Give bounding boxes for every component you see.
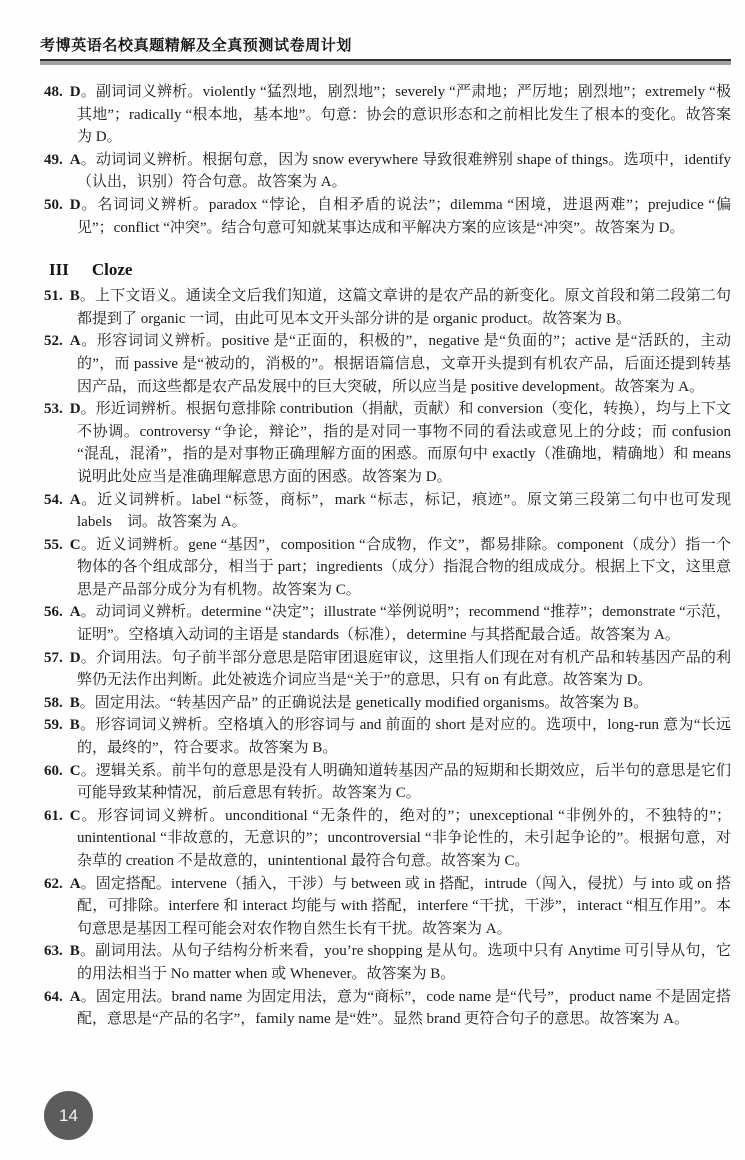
section-title: Cloze bbox=[92, 260, 133, 279]
item-number: 61. bbox=[44, 808, 63, 824]
answer-item: 61.C。形容词词义辨析。unconditional “无条件的，绝对的”；un… bbox=[44, 805, 731, 873]
item-answer-letter: D bbox=[70, 650, 81, 666]
item-answer-letter: B bbox=[70, 695, 80, 711]
item-explanation: 。动词词义辨析。determine “决定”；illustrate “举例说明”… bbox=[77, 604, 731, 643]
item-number: 48. bbox=[44, 84, 63, 100]
item-answer-letter: C bbox=[70, 763, 81, 779]
answer-item: 54.A。近义词辨析。label “标签，商标”，mark “标志，标记，痕迹”… bbox=[44, 489, 731, 534]
item-explanation: 。形容词词义辨析。positive 是“正面的，积极的”，negative 是“… bbox=[77, 333, 731, 394]
section-heading: IIICloze bbox=[49, 260, 731, 280]
item-explanation: 。名词词义辨析。paradox “悖论，自相矛盾的说法”；dilemma “困境… bbox=[77, 197, 731, 236]
item-number: 56. bbox=[44, 604, 63, 620]
item-answer-letter: D bbox=[70, 197, 81, 213]
item-answer-letter: C bbox=[70, 537, 81, 553]
page-header: 考博英语名校真题精解及全真预测试卷周计划 bbox=[40, 34, 731, 65]
item-answer-letter: A bbox=[70, 989, 81, 1005]
answer-item: 63.B。副词用法。从句子结构分析来看，you’re shopping 是从句。… bbox=[44, 940, 731, 985]
item-explanation: 。近义词辨析。label “标签，商标”，mark “标志，标记，痕迹”。原文第… bbox=[77, 492, 731, 531]
item-number: 63. bbox=[44, 943, 63, 959]
item-number: 50. bbox=[44, 197, 63, 213]
item-answer-letter: D bbox=[70, 401, 81, 417]
item-answer-letter: B bbox=[70, 717, 80, 733]
item-answer-letter: A bbox=[70, 876, 81, 892]
item-number: 60. bbox=[44, 763, 63, 779]
item-explanation: 。固定用法。brand name 为固定用法，意为“商标”，code name … bbox=[77, 989, 731, 1028]
answer-item: 64.A。固定用法。brand name 为固定用法，意为“商标”，code n… bbox=[44, 986, 731, 1031]
answer-item: 50.D。名词词义辨析。paradox “悖论，自相矛盾的说法”；dilemma… bbox=[44, 194, 731, 239]
item-answer-letter: A bbox=[70, 333, 81, 349]
item-number: 54. bbox=[44, 492, 63, 508]
item-explanation: 。形容词词义辨析。unconditional “无条件的，绝对的”；unexce… bbox=[77, 808, 731, 869]
answer-item: 57.D。介词用法。句子前半部分意思是陪审团退庭审议，这里指人们现在对有机产品和… bbox=[44, 647, 731, 692]
page-number-badge: 14 bbox=[44, 1091, 93, 1140]
item-explanation: 。介词用法。句子前半部分意思是陪审团退庭审议，这里指人们现在对有机产品和转基因产… bbox=[77, 650, 731, 689]
item-number: 57. bbox=[44, 650, 63, 666]
item-number: 52. bbox=[44, 333, 63, 349]
header-rule bbox=[40, 59, 731, 65]
answer-item: 48.D。副词词义辨析。violently “猛烈地，剧烈地”；severely… bbox=[44, 81, 731, 149]
answer-item: 62.A。固定搭配。intervene（插入，干涉）与 between 或 in… bbox=[44, 873, 731, 941]
item-explanation: 。上下文语义。通读全文后我们知道，这篇文章讲的是农产品的新变化。原文首段和第二段… bbox=[77, 288, 731, 327]
item-answer-letter: C bbox=[70, 808, 81, 824]
item-answer-letter: A bbox=[70, 152, 81, 168]
item-number: 62. bbox=[44, 876, 63, 892]
answer-item: 52.A。形容词词义辨析。positive 是“正面的，积极的”，negativ… bbox=[44, 330, 731, 398]
item-answer-letter: A bbox=[70, 604, 81, 620]
item-number: 58. bbox=[44, 695, 63, 711]
item-explanation: 。近义词辨析。gene “基因”，composition “合成物，作文”，都易… bbox=[77, 537, 731, 598]
answer-item: 60.C。逻辑关系。前半句的意思是没有人明确知道转基因产品的短期和长期效应，后半… bbox=[44, 760, 731, 805]
item-answer-letter: B bbox=[70, 943, 80, 959]
item-number: 53. bbox=[44, 401, 63, 417]
item-explanation: 。固定搭配。intervene（插入，干涉）与 between 或 in 搭配，… bbox=[77, 876, 731, 937]
answer-item: 51.B。上下文语义。通读全文后我们知道，这篇文章讲的是农产品的新变化。原文首段… bbox=[44, 285, 731, 330]
item-explanation: 。副词用法。从句子结构分析来看，you’re shopping 是从句。选项中只… bbox=[77, 943, 731, 982]
book-page: 考博英语名校真题精解及全真预测试卷周计划 48.D。副词词义辨析。violent… bbox=[0, 0, 745, 1160]
item-number: 55. bbox=[44, 537, 63, 553]
page-header-title: 考博英语名校真题精解及全真预测试卷周计划 bbox=[40, 34, 731, 55]
answer-item: 55.C。近义词辨析。gene “基因”，composition “合成物，作文… bbox=[44, 534, 731, 602]
answer-item: 53.D。形近词辨析。根据句意排除 contribution（捐献，贡献）和 c… bbox=[44, 398, 731, 488]
item-answer-letter: A bbox=[70, 492, 81, 508]
item-explanation: 。形近词辨析。根据句意排除 contribution（捐献，贡献）和 conve… bbox=[77, 401, 731, 485]
answer-item: 59.B。形容词词义辨析。空格填入的形容词与 and 前面的 short 是对应… bbox=[44, 714, 731, 759]
answer-item: 49.A。动词词义辨析。根据句意，因为 snow everywhere 导致很难… bbox=[44, 149, 731, 194]
item-number: 64. bbox=[44, 989, 63, 1005]
item-explanation: 。动词词义辨析。根据句意，因为 snow everywhere 导致很难辨别 s… bbox=[77, 152, 731, 191]
item-explanation: 。形容词词义辨析。空格填入的形容词与 and 前面的 short 是对应的。选项… bbox=[77, 717, 731, 756]
section-number: III bbox=[49, 260, 69, 279]
item-number: 49. bbox=[44, 152, 63, 168]
answer-explanations: 48.D。副词词义辨析。violently “猛烈地，剧烈地”；severely… bbox=[40, 81, 731, 1031]
item-answer-letter: B bbox=[70, 288, 80, 304]
answer-item: 58.B。固定用法。“转基因产品” 的正确说法是 genetically mod… bbox=[44, 692, 731, 715]
item-explanation: 。副词词义辨析。violently “猛烈地，剧烈地”；severely “严肃… bbox=[77, 84, 731, 145]
item-explanation: 。逻辑关系。前半句的意思是没有人明确知道转基因产品的短期和长期效应，后半句的意思… bbox=[77, 763, 731, 802]
item-number: 59. bbox=[44, 717, 63, 733]
item-explanation: 。固定用法。“转基因产品” 的正确说法是 genetically modifie… bbox=[80, 695, 648, 711]
answer-item: 56.A。动词词义辨析。determine “决定”；illustrate “举… bbox=[44, 601, 731, 646]
item-answer-letter: D bbox=[70, 84, 81, 100]
item-number: 51. bbox=[44, 288, 63, 304]
